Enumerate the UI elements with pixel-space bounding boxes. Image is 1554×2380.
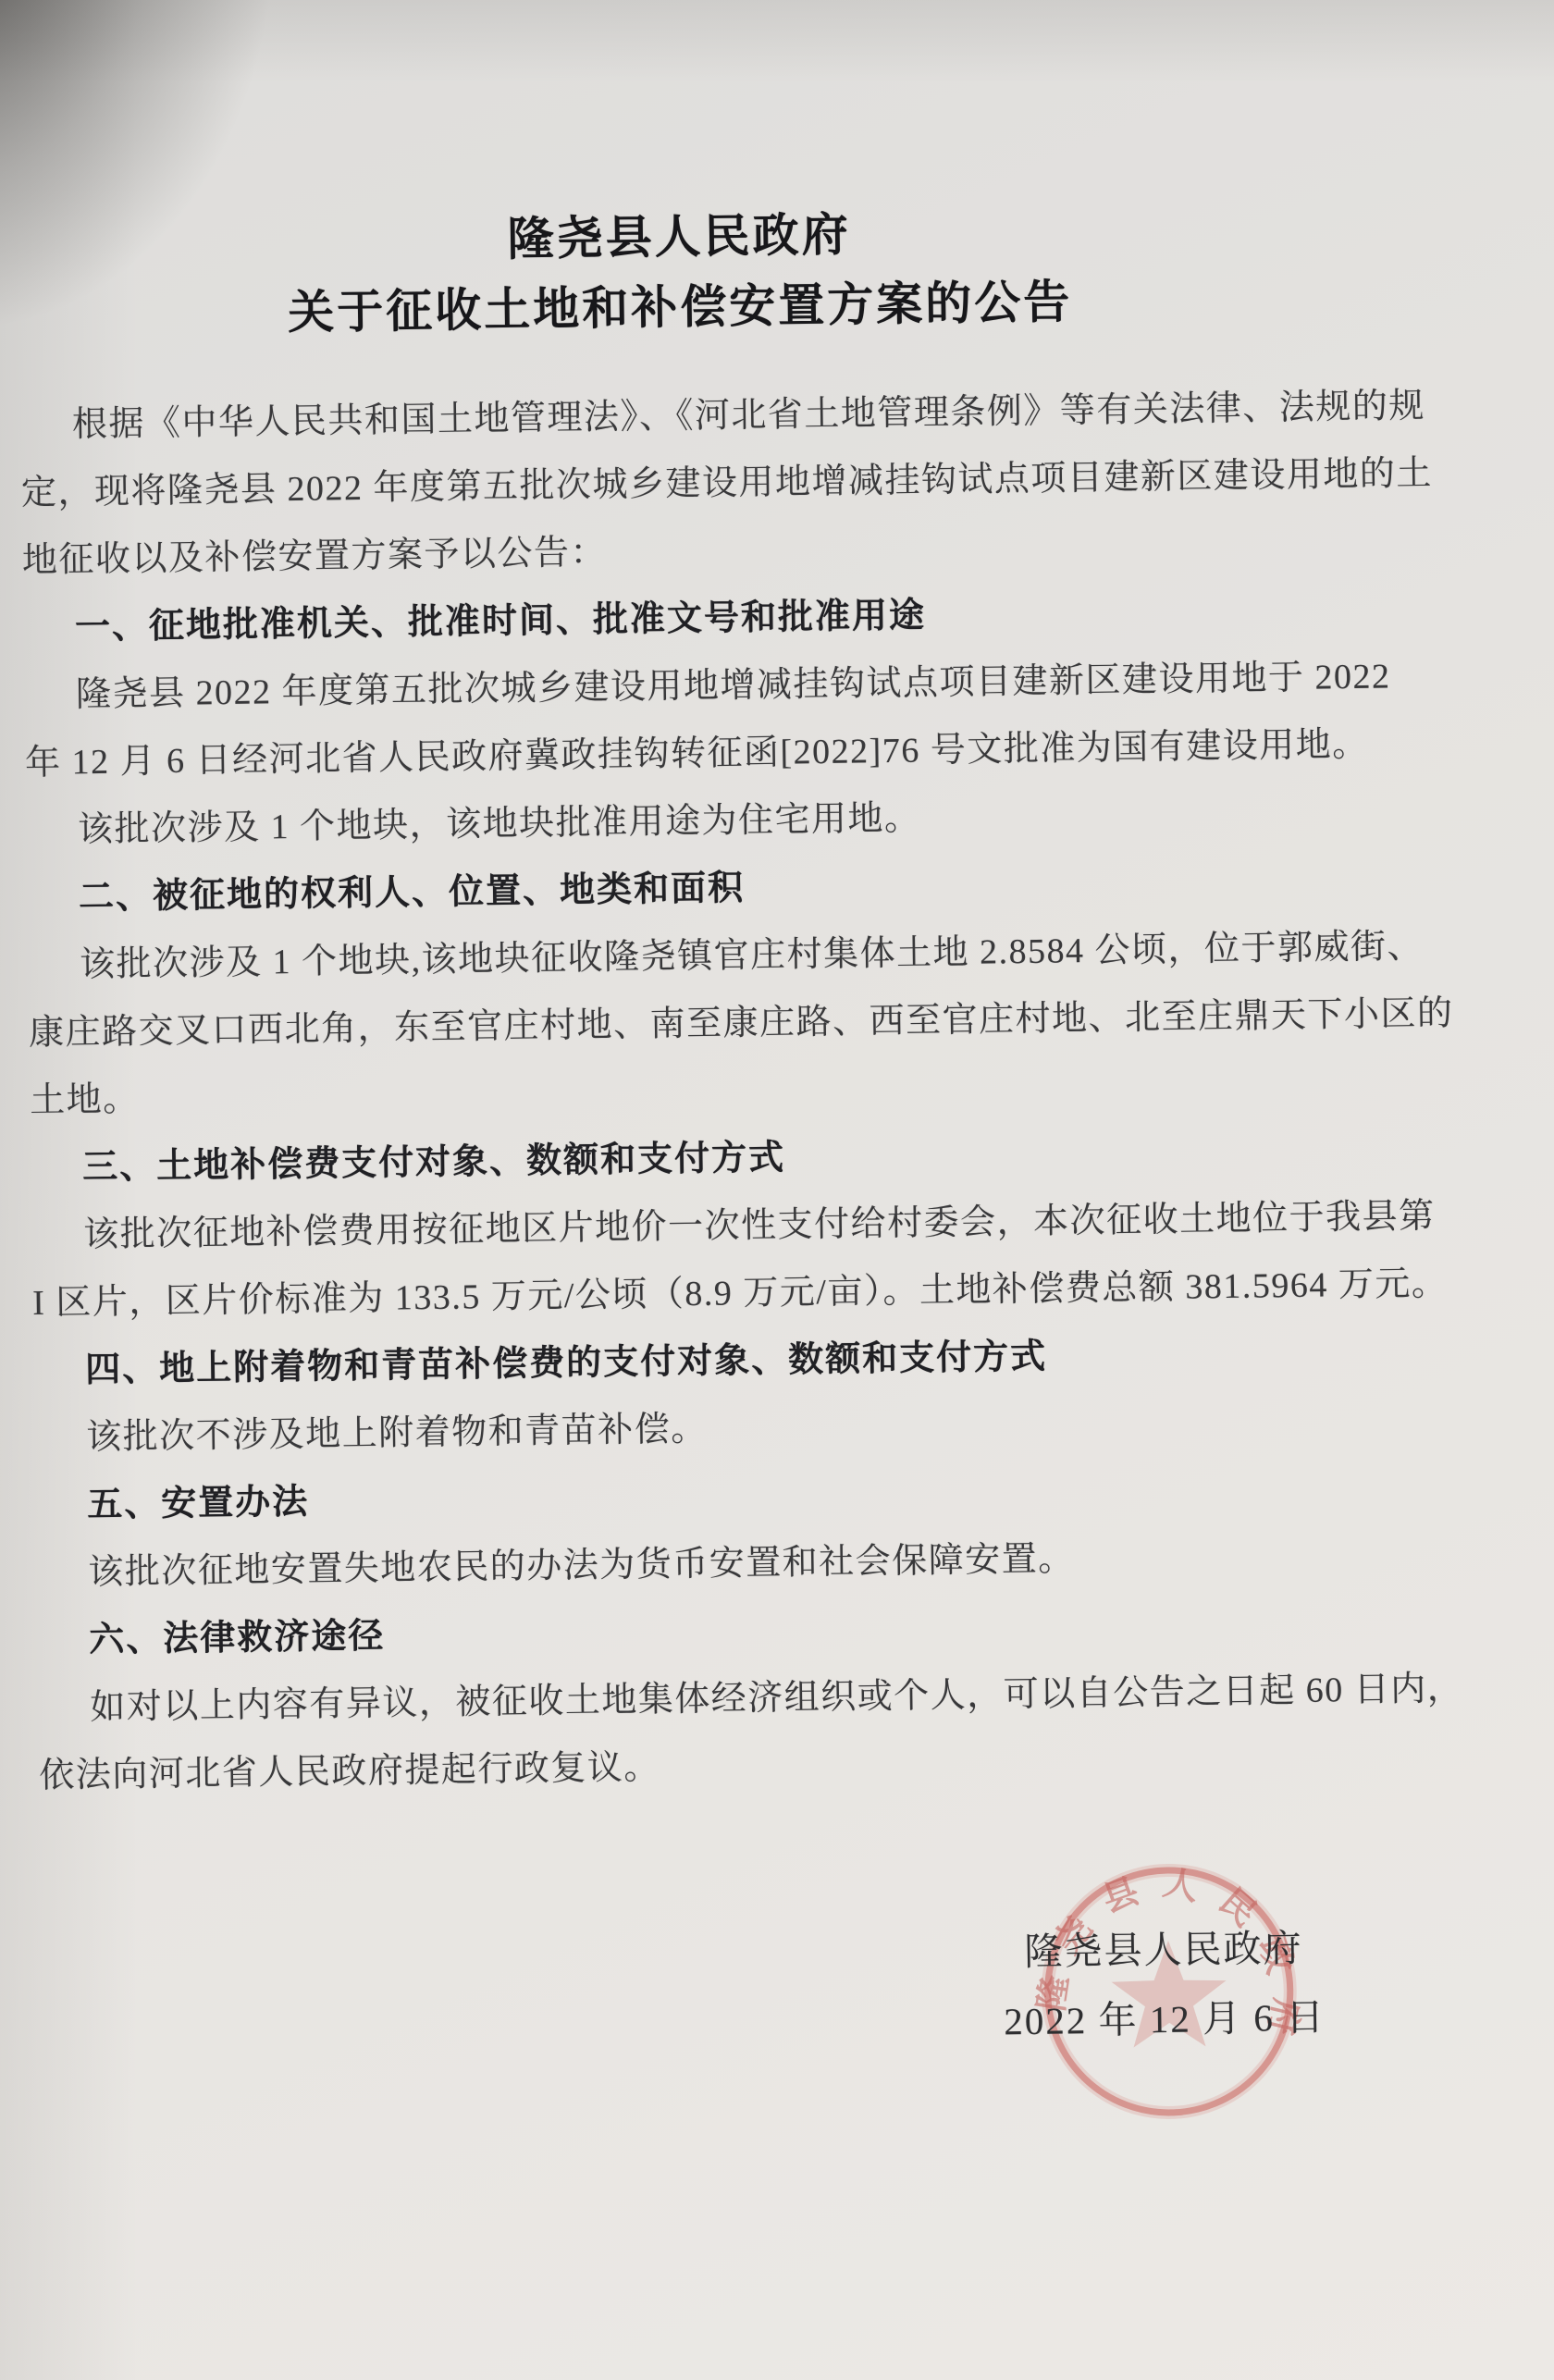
signature-date: 2022 年 12 月 6 日: [933, 1982, 1397, 2058]
signature-org: 隆尧县人民政府: [932, 1913, 1396, 1989]
document-title: 隆尧县人民政府 关于征收土地和补偿安置方案的公告: [18, 192, 1342, 351]
announcement-document: 隆尧县人民政府 关于征收土地和补偿安置方案的公告 根据《中华人民共和国土地管理法…: [18, 191, 1536, 2338]
document-lines: 根据《中华人民共和国土地管理法》、《河北省土地管理条例》等有关法律、法规的规定，…: [19, 372, 1528, 1810]
signature-block: 隆尧县人民政府 2022 年 12 月 6 日: [932, 1913, 1397, 2058]
